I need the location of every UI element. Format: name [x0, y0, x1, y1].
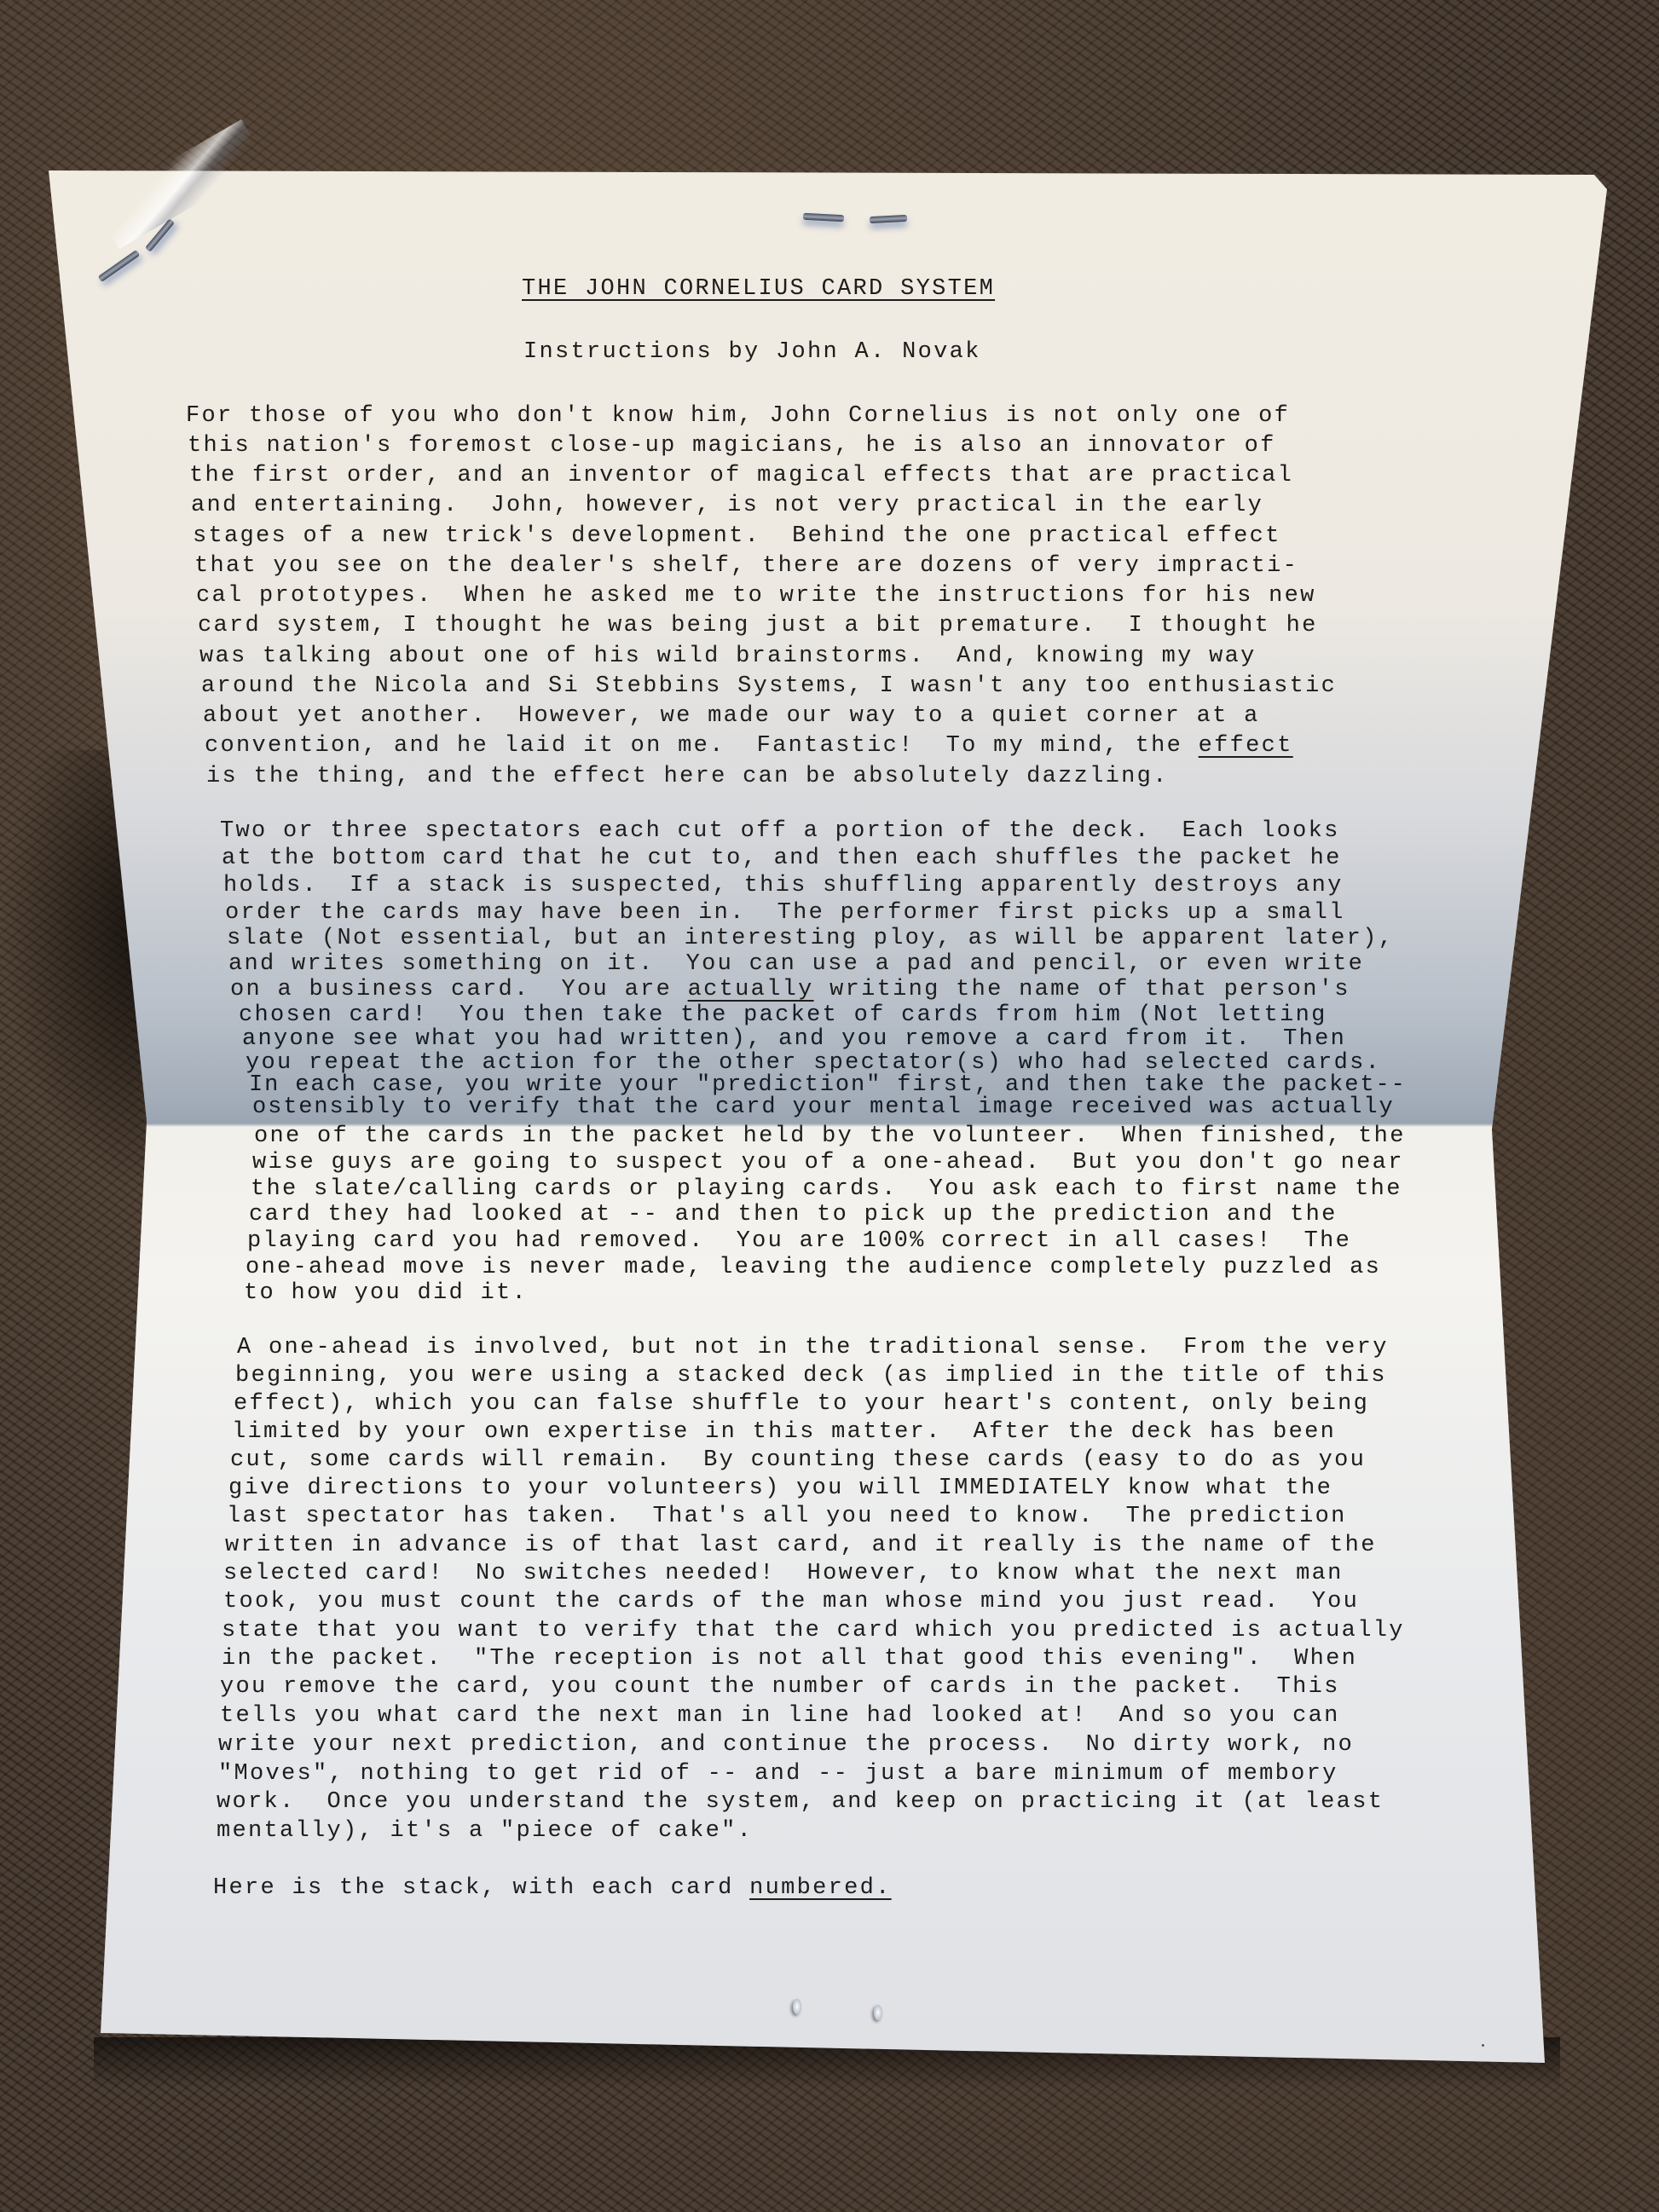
text-line: selected card! No switches needed! Howev…: [223, 1562, 1344, 1585]
underlined-numbered: numbered.: [749, 1875, 892, 1901]
text-line: to how you did it.: [244, 1282, 528, 1305]
text-line: mentally), it's a "piece of cake".: [217, 1820, 753, 1843]
text-line: around the Nicola and Si Stebbins System…: [201, 675, 1337, 698]
text-line: order the cards may have been in. The pe…: [225, 902, 1345, 925]
text-line: In each case, you write your "prediction…: [249, 1074, 1407, 1097]
text-span: on a business card. You are: [230, 977, 688, 1002]
text-line: "Moves", nothing to get rid of -- and --…: [218, 1763, 1338, 1786]
text-line: on a business card. You are actually wri…: [230, 979, 1350, 1002]
text-line: convention, and he laid it on me. Fantas…: [205, 735, 1293, 758]
text-line: that you see on the dealer's shelf, ther…: [194, 555, 1298, 578]
text-line: cut, some cards will remain. By counting…: [230, 1449, 1366, 1472]
text-line: and writes something on it. You can use …: [228, 953, 1364, 976]
underlined-actually: actually: [688, 977, 814, 1002]
text-line: limited by your own expertise in this ma…: [232, 1421, 1336, 1444]
text-line: chosen card! You then take the packet of…: [239, 1004, 1327, 1027]
text-line: Two or three spectators each cut off a p…: [220, 820, 1340, 843]
text-line: work. Once you understand the system, an…: [217, 1791, 1384, 1814]
text-line: anyone see what you had written), and yo…: [242, 1028, 1346, 1051]
text-line: and entertaining. John, however, is not …: [191, 494, 1263, 517]
text-line: cal prototypes. When he asked me to writ…: [196, 585, 1316, 608]
text-line: card system, I thought he was being just…: [198, 615, 1318, 638]
text-line: holds. If a stack is suspected, this shu…: [223, 875, 1344, 898]
text-line: written in advance is of that last card,…: [225, 1534, 1377, 1557]
text-line: in the packet. "The reception is not all…: [222, 1648, 1357, 1671]
text-line: the first order, and an inventor of magi…: [189, 465, 1293, 488]
text-line: one-ahead move is never made, leaving th…: [246, 1256, 1381, 1279]
text-line: last spectator has taken. That's all you…: [227, 1505, 1347, 1528]
text-line: For those of you who don't know him, Joh…: [186, 405, 1290, 428]
staple-hole-icon: [874, 2005, 882, 2020]
text-line: ostensibly to verify that the card your …: [252, 1096, 1395, 1119]
text-line: the slate/calling cards or playing cards…: [251, 1178, 1402, 1201]
text-line: give directions to your volunteers) you …: [228, 1477, 1332, 1500]
text-line: playing card you had removed. You are 10…: [247, 1230, 1351, 1253]
text-span: convention, and he laid it on me. Fantas…: [205, 733, 1199, 759]
text-line: one of the cards in the packet held by t…: [254, 1125, 1406, 1148]
text-line: beginning, you were using a stacked deck…: [235, 1365, 1387, 1388]
text-line: write your next prediction, and continue…: [218, 1734, 1354, 1757]
ink-speck: [1482, 2044, 1484, 2047]
text-line: stages of a new trick's development. Beh…: [193, 525, 1281, 548]
text-line: you remove the card, you count the numbe…: [220, 1676, 1340, 1699]
text-line: you repeat the action for the other spec…: [246, 1052, 1381, 1075]
text-line: is the thing, and the effect here can be…: [206, 765, 1169, 788]
text-line: was talking about one of his wild brains…: [199, 645, 1257, 668]
text-line: A one-ahead is involved, but not in the …: [237, 1337, 1389, 1360]
text-line: this nation's foremost close-up magician…: [188, 435, 1276, 458]
text-span: writing the name of that person's: [814, 977, 1350, 1002]
document-byline: Instructions by John A. Novak: [523, 341, 981, 364]
text-line: wise guys are going to suspect you of a …: [252, 1152, 1404, 1175]
text-line: Here is the stack, with each card number…: [213, 1877, 892, 1900]
text-span: Here is the stack, with each card: [213, 1875, 749, 1901]
text-line: card they had looked at -- and then to p…: [249, 1204, 1338, 1227]
text-line: at the bottom card that he cut to, and t…: [222, 847, 1342, 870]
staple-hole-icon: [793, 1999, 801, 2014]
text-line: slate (Not essential, but an interesting…: [227, 927, 1394, 950]
text-line: took, you must count the cards of the ma…: [223, 1591, 1359, 1614]
text-line: effect), which you can false shuffle to …: [234, 1393, 1369, 1416]
text-line: state that you want to verify that the c…: [222, 1620, 1405, 1643]
text-line: about yet another. However, we made our …: [203, 705, 1260, 728]
document-title: THE JOHN CORNELIUS CARD SYSTEM: [522, 278, 995, 301]
underlined-effect: effect: [1199, 733, 1293, 759]
text-line: tells you what card the next man in line…: [220, 1705, 1340, 1728]
